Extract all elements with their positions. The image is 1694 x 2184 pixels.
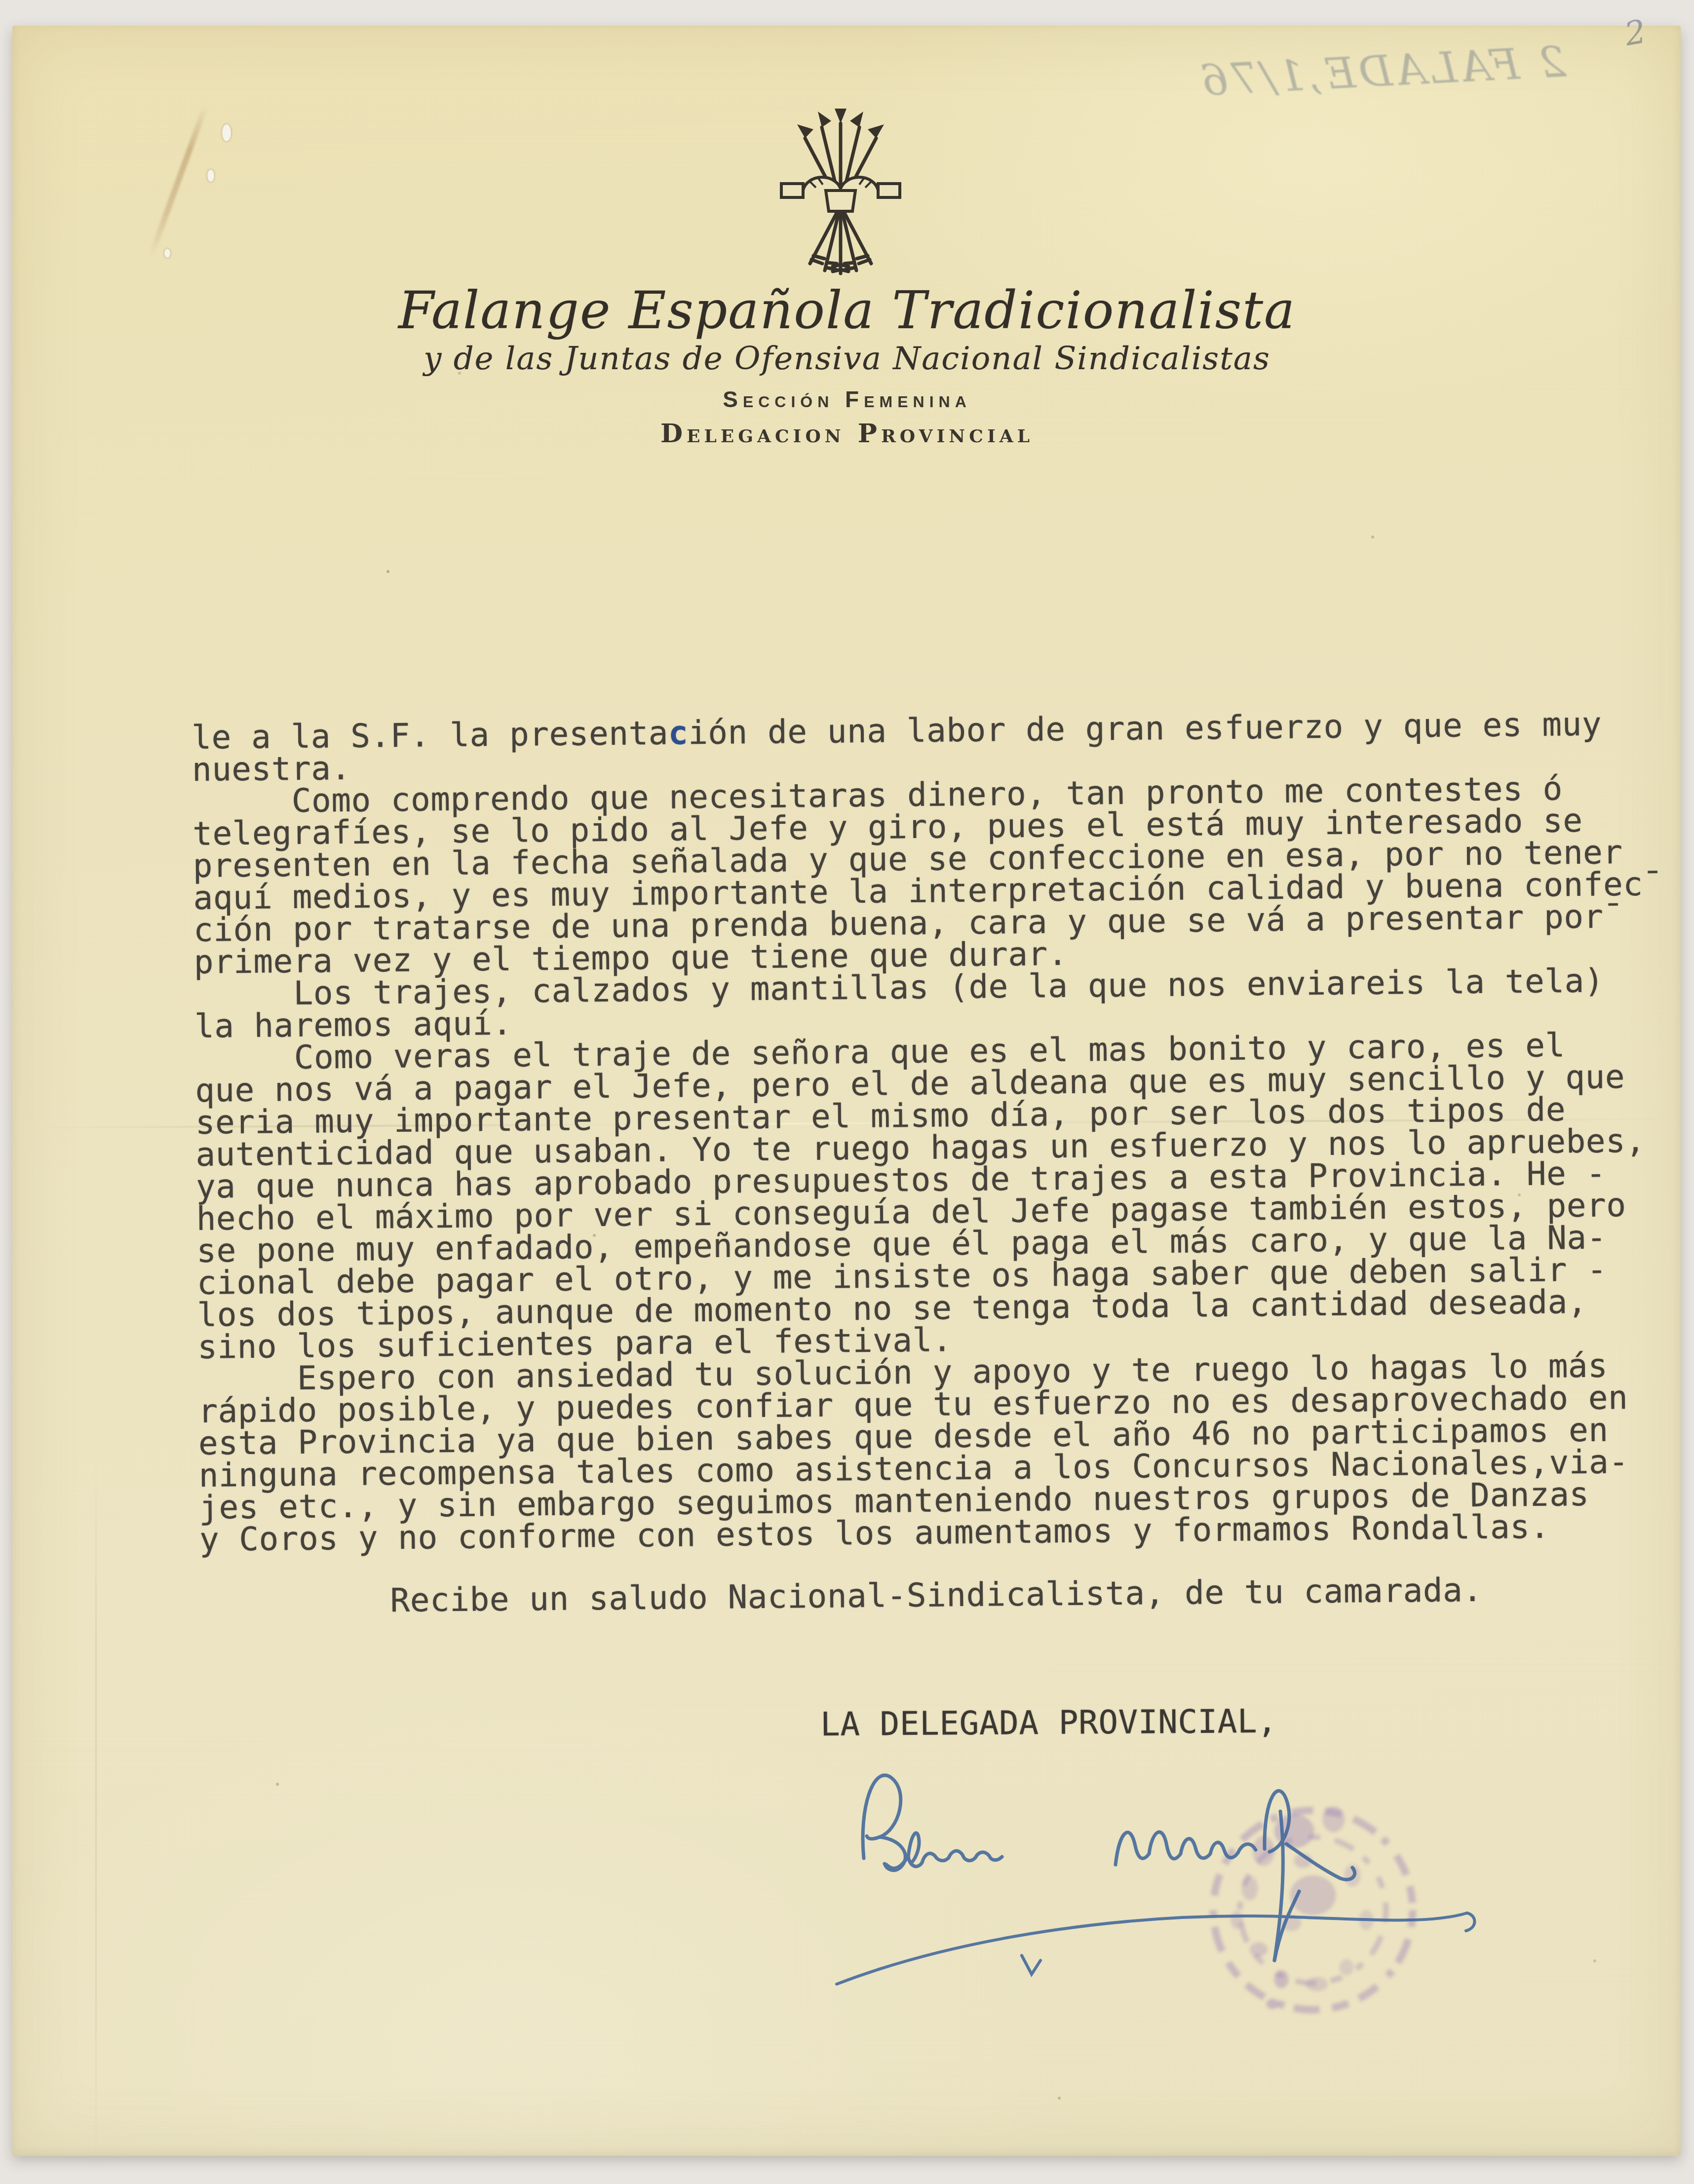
paper-specks: [12, 26, 13, 27]
yoke-and-arrows-emblem: [767, 108, 915, 285]
letter-body: le a la S.F. la presentación de una labo…: [192, 707, 1685, 1556]
section-femenina-label: Sección Femenina: [0, 386, 1694, 413]
org-name-line1: Falange Española Tradicionalista: [0, 280, 1694, 341]
signature: [790, 1718, 1530, 2043]
org-name-line2: y de las Juntas de Ofensiva Nacional Sin…: [0, 341, 1694, 377]
handwritten-blue-correction: c: [668, 714, 689, 752]
paper-hole: [164, 249, 170, 258]
paper-hole: [222, 124, 231, 141]
delegacion-provincial-label: Delegacion Provincial: [0, 419, 1694, 449]
paper-damage-streak: [148, 104, 209, 259]
paper-hole: [207, 170, 214, 182]
vertical-crease: [95, 1452, 97, 2173]
